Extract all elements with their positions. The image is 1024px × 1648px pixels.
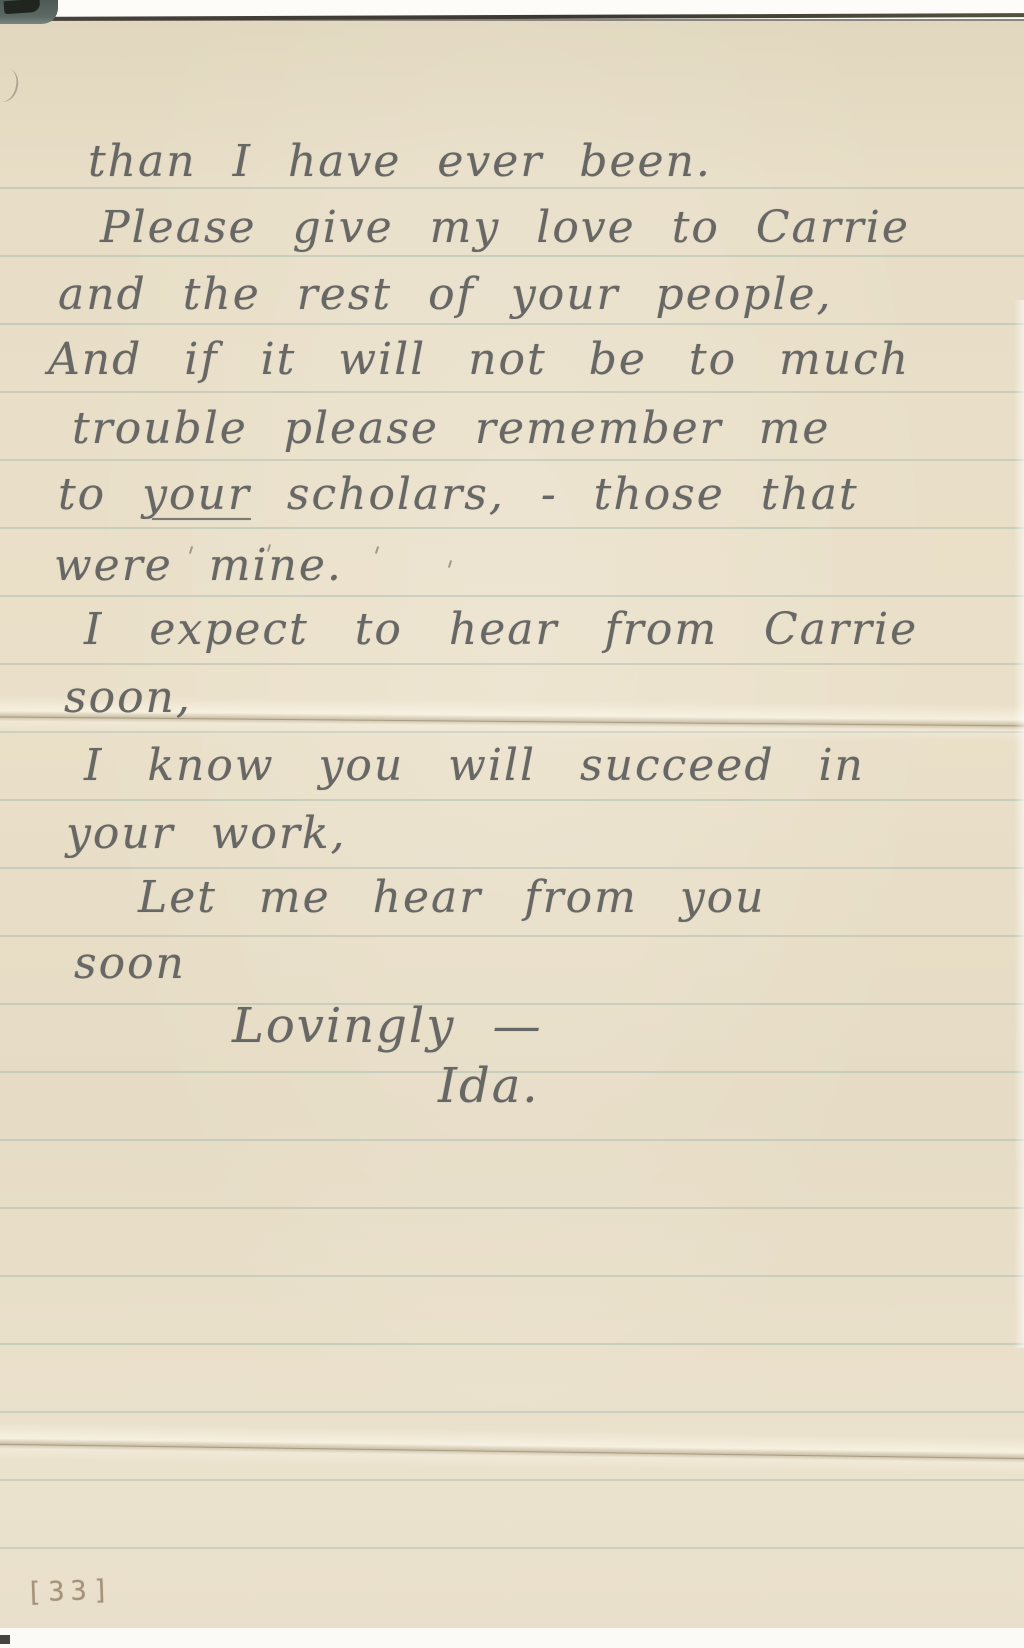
handwritten-line-6: to your scholars, - those that — [58, 471, 859, 519]
handwritten-line-9: soon, — [64, 674, 192, 722]
binder-clip-inner — [4, 0, 41, 14]
handwritten-line-10: I know you will succeed in — [84, 742, 865, 790]
handwritten-line-4: And if it will not be to much — [48, 336, 910, 384]
handwritten-line-5: trouble please remember me — [72, 405, 830, 453]
scanner-edge-mark — [0, 1635, 10, 1644]
handwritten-line-7: were mine. — [54, 542, 343, 590]
paper-right-edge-curl — [1014, 300, 1024, 1348]
scanned-letter-page: than I have ever been. Please give my lo… — [0, 0, 1024, 1648]
handwritten-line-3: and the rest of your people, — [58, 271, 833, 319]
handwritten-line-12: Let me hear from you — [138, 874, 766, 922]
handwritten-line-13: soon — [74, 940, 186, 988]
closing-line: Lovingly — — [232, 1000, 543, 1053]
underlined-word-your: your — [142, 469, 251, 520]
binder-clip — [0, 0, 58, 24]
scanner-bottom-strip — [0, 1628, 1024, 1648]
handwritten-line-8: I expect to hear from Carrie — [84, 606, 918, 654]
catalog-number: [33] — [25, 1574, 115, 1608]
paper-top-edge-shadow — [0, 13, 1024, 21]
line-6-prefix: to — [58, 469, 142, 520]
handwritten-line-11: your work, — [66, 810, 347, 858]
signature-line: Ida. — [438, 1060, 540, 1113]
handwritten-line-1: than I have ever been. — [88, 138, 712, 186]
line-6-suffix: scholars, - those that — [251, 469, 859, 520]
handwritten-line-2: Please give my love to Carrie — [100, 204, 910, 252]
